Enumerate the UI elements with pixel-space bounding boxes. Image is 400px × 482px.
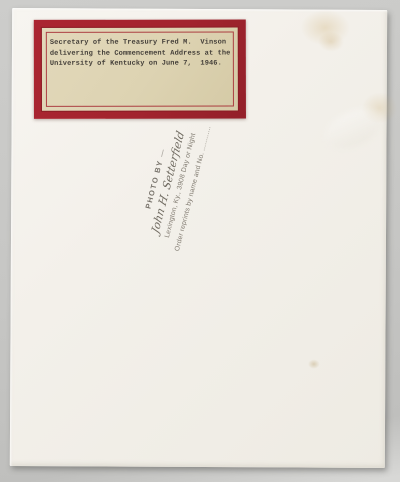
- photo-backdrop: Secretary of the Treasury Fred M. Vinson…: [0, 0, 400, 482]
- caption-label: Secretary of the Treasury Fred M. Vinson…: [34, 20, 246, 119]
- stamp-dash: —: [157, 148, 168, 157]
- caption-label-rule-border: Secretary of the Treasury Fred M. Vinson…: [46, 32, 234, 107]
- photographer-stamp: PHOTO BY — John H. Setterfield Lexington…: [133, 113, 216, 254]
- stain: [308, 360, 319, 369]
- caption-line-3: University of Kentucky on June 7, 1946.: [50, 59, 231, 70]
- caption-line-1: Secretary of the Treasury Fred M. Vinson: [50, 38, 231, 49]
- photo-verso-paper: Secretary of the Treasury Fred M. Vinson…: [10, 8, 387, 468]
- stain: [318, 32, 344, 52]
- caption-label-panel: Secretary of the Treasury Fred M. Vinson…: [41, 27, 239, 112]
- caption-line-2: delivering the Commencement Address at t…: [50, 48, 231, 59]
